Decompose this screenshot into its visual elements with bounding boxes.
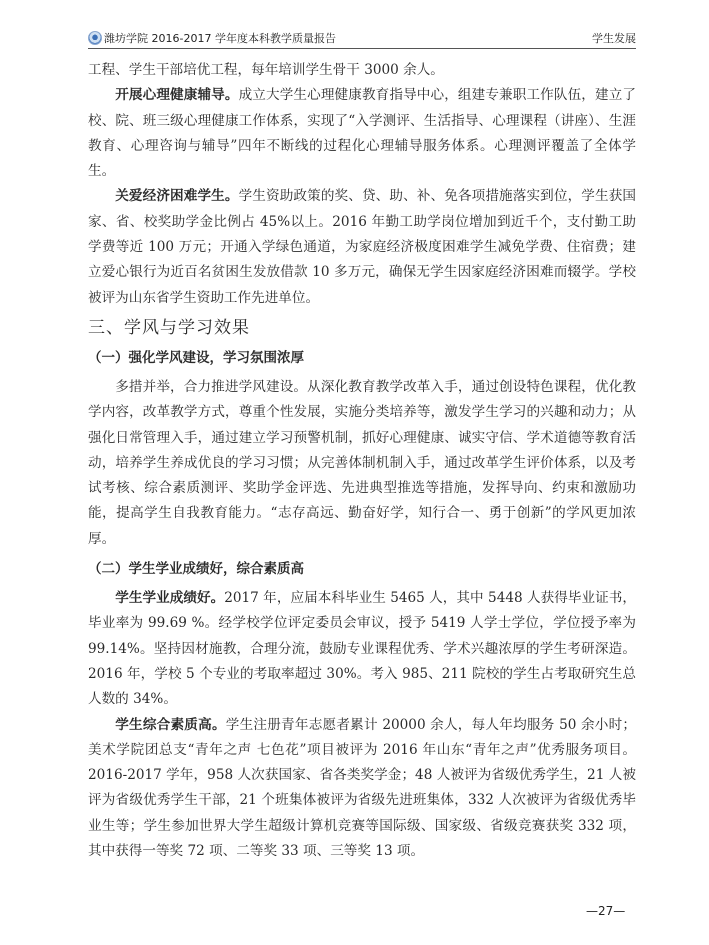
paragraph-body: 学生资助政策的奖、贷、助、补、免各项措施落实到位，学生获国家、省、校奖助学金比例… bbox=[88, 188, 636, 305]
chapter-title: 学生发展 bbox=[592, 30, 636, 46]
page-header: 潍坊学院 2016-2017 学年度本科教学质量报告 学生发展 bbox=[88, 28, 636, 49]
university-logo-icon bbox=[88, 31, 102, 45]
paragraph-mental-health: 开展心理健康辅导。成立大学生心理健康教育指导中心，组建专兼职工作队伍，建立了校、… bbox=[88, 83, 636, 184]
paragraph-overall-quality: 学生综合素质高。学生注册青年志愿者累计 20000 余人，每人年均服务 50 余… bbox=[88, 713, 636, 865]
page-content: 工程、学生干部培优工程，每年培训学生骨干 3000 余人。 开展心理健康辅导。成… bbox=[88, 58, 636, 864]
header-left: 潍坊学院 2016-2017 学年度本科教学质量报告 bbox=[88, 30, 336, 46]
paragraph-financial-aid: 关爱经济困难学生。学生资助政策的奖、贷、助、补、免各项措施落实到位，学生获国家、… bbox=[88, 184, 636, 310]
paragraph-body: 2017 年，应届本科毕业生 5465 人，其中 5448 人获得毕业证书，毕业… bbox=[88, 590, 636, 707]
paragraph-lead: 学生综合素质高。 bbox=[115, 717, 226, 733]
report-title: 潍坊学院 2016-2017 学年度本科教学质量报告 bbox=[104, 30, 336, 46]
subsection-heading-2: （二）学生学业成绩好，综合素质高 bbox=[88, 558, 636, 580]
paragraph-study-atmosphere: 多措并举，合力推进学风建设。从深化教育教学改革入手，通过创设特色课程，优化教学内… bbox=[88, 375, 636, 552]
subsection-heading-1: （一）强化学风建设，学习氛围浓厚 bbox=[88, 347, 636, 369]
paragraph-lead: 开展心理健康辅导。 bbox=[115, 87, 238, 103]
section-heading: 三、学风与学习效果 bbox=[88, 315, 636, 341]
paragraph-academic-performance: 学生学业成绩好。2017 年，应届本科毕业生 5465 人，其中 5448 人获… bbox=[88, 586, 636, 712]
paragraph-lead: 关爱经济困难学生。 bbox=[115, 188, 238, 204]
paragraph-lead: 学生学业成绩好。 bbox=[115, 590, 224, 606]
paragraph-continued: 工程、学生干部培优工程，每年培训学生骨干 3000 余人。 bbox=[88, 58, 636, 83]
page-number: —27— bbox=[586, 904, 625, 918]
paragraph-body: 学生注册青年志愿者累计 20000 余人，每人年均服务 50 余小时；美术学院团… bbox=[88, 717, 636, 859]
